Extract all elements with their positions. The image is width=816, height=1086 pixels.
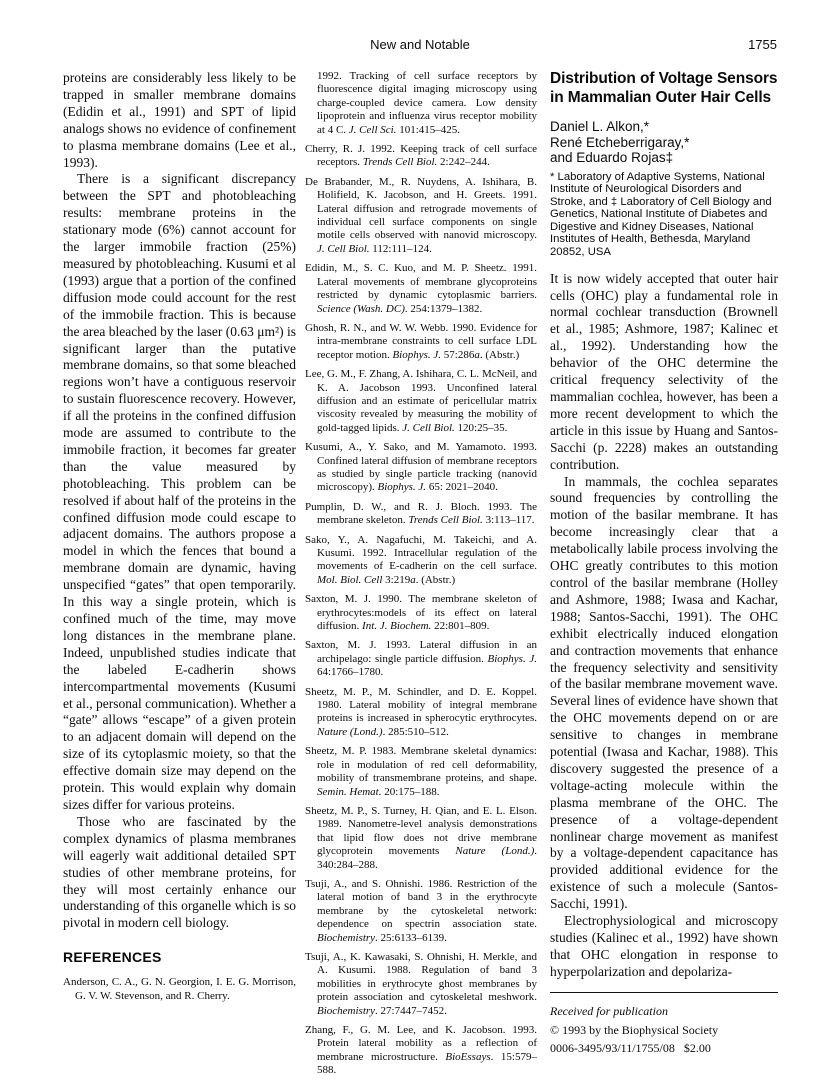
copyright-line: © 1993 by the Biophysical Society [550, 1021, 778, 1040]
reference-entry: Cherry, R. J. 1992. Keeping track of cel… [305, 143, 537, 170]
author-name: and Eduardo Rojas‡ [550, 150, 778, 166]
reference-entry: Anderson, C. A., G. N. Georgion, I. E. G… [63, 976, 296, 1003]
right-column-article: Distribution of Voltage Sensors in Mamma… [550, 70, 778, 981]
reference-entry: Kusumi, A., Y. Sako, and M. Yamamoto. 19… [305, 441, 537, 495]
received-line: Received for publication [550, 1002, 778, 1021]
running-head: New and Notable [63, 37, 777, 52]
body-paragraph: Those who are fascinated by the complex … [63, 814, 296, 932]
body-paragraph: proteins are considerably less likely to… [63, 70, 296, 171]
reference-entry: Tsuji, A., and S. Ohnishi. 1986. Restric… [305, 878, 537, 945]
reference-entry: Lee, G. M., F. Zhang, A. Ishihara, C. L.… [305, 368, 537, 435]
article-body: It is now widely accepted that outer hai… [550, 271, 778, 981]
left-column: proteins are considerably less likely to… [63, 70, 296, 1009]
affiliation: * Laboratory of Adaptive Systems, Nation… [550, 171, 778, 259]
issn-line: 0006-3495/93/11/1755/08 $2.00 [550, 1039, 778, 1058]
reference-entry: Edidin, M., S. C. Kuo, and M. P. Sheetz.… [305, 262, 537, 316]
author-name: Daniel L. Alkon,* [550, 119, 778, 135]
author-name: René Etcheberrigaray,* [550, 135, 778, 151]
reference-entry: Saxton, M. J. 1990. The membrane skeleto… [305, 593, 537, 633]
reference-continuation: 1992. Tracking of cell surface receptors… [305, 70, 537, 137]
reference-entry: Sheetz, M. P., M. Schindler, and D. E. K… [305, 686, 537, 740]
body-paragraph: There is a significant discrepancy betwe… [63, 171, 296, 813]
page-number: 1755 [748, 37, 777, 52]
body-paragraph: In mammals, the cochlea separates sound … [550, 474, 778, 914]
reference-entry: De Brabander, M., R. Nuydens, A. Ishihar… [305, 176, 537, 256]
reference-entry: Sheetz, M. P. 1983. Membrane skeletal dy… [305, 745, 537, 799]
reference-entry: Ghosh, R. N., and W. W. Webb. 1990. Evid… [305, 322, 537, 362]
page-header: New and Notable 1755 [63, 37, 777, 53]
footnote-rule [550, 992, 778, 993]
author-list: Daniel L. Alkon,* René Etcheberrigaray,*… [550, 119, 778, 166]
references-heading: REFERENCES [63, 949, 296, 965]
reference-entry: Zhang, F., G. M. Lee, and K. Jacobson. 1… [305, 1024, 537, 1078]
body-paragraph: It is now widely accepted that outer hai… [550, 271, 778, 474]
article-footnote: Received for publication © 1993 by the B… [550, 992, 778, 1058]
reference-entry: Saxton, M. J. 1993. Lateral diffusion in… [305, 639, 537, 679]
article-title: Distribution of Voltage Sensors in Mamma… [550, 70, 778, 107]
reference-list: Cherry, R. J. 1992. Keeping track of cel… [305, 143, 537, 1078]
reference-entry: Sako, Y., A. Nagafuchi, M. Takeichi, and… [305, 534, 537, 588]
middle-column: 1992. Tracking of cell surface receptors… [305, 70, 537, 1084]
reference-entry: Tsuji, A., K. Kawasaki, S. Ohnishi, H. M… [305, 951, 537, 1018]
body-paragraph: Electrophysiological and microscopy stud… [550, 913, 778, 981]
reference-entry: Sheetz, M. P., S. Turney, H. Qian, and E… [305, 805, 537, 872]
reference-entry: Pumplin, D. W., and R. J. Bloch. 1993. T… [305, 501, 537, 528]
left-column-paragraphs: proteins are considerably less likely to… [63, 70, 296, 932]
